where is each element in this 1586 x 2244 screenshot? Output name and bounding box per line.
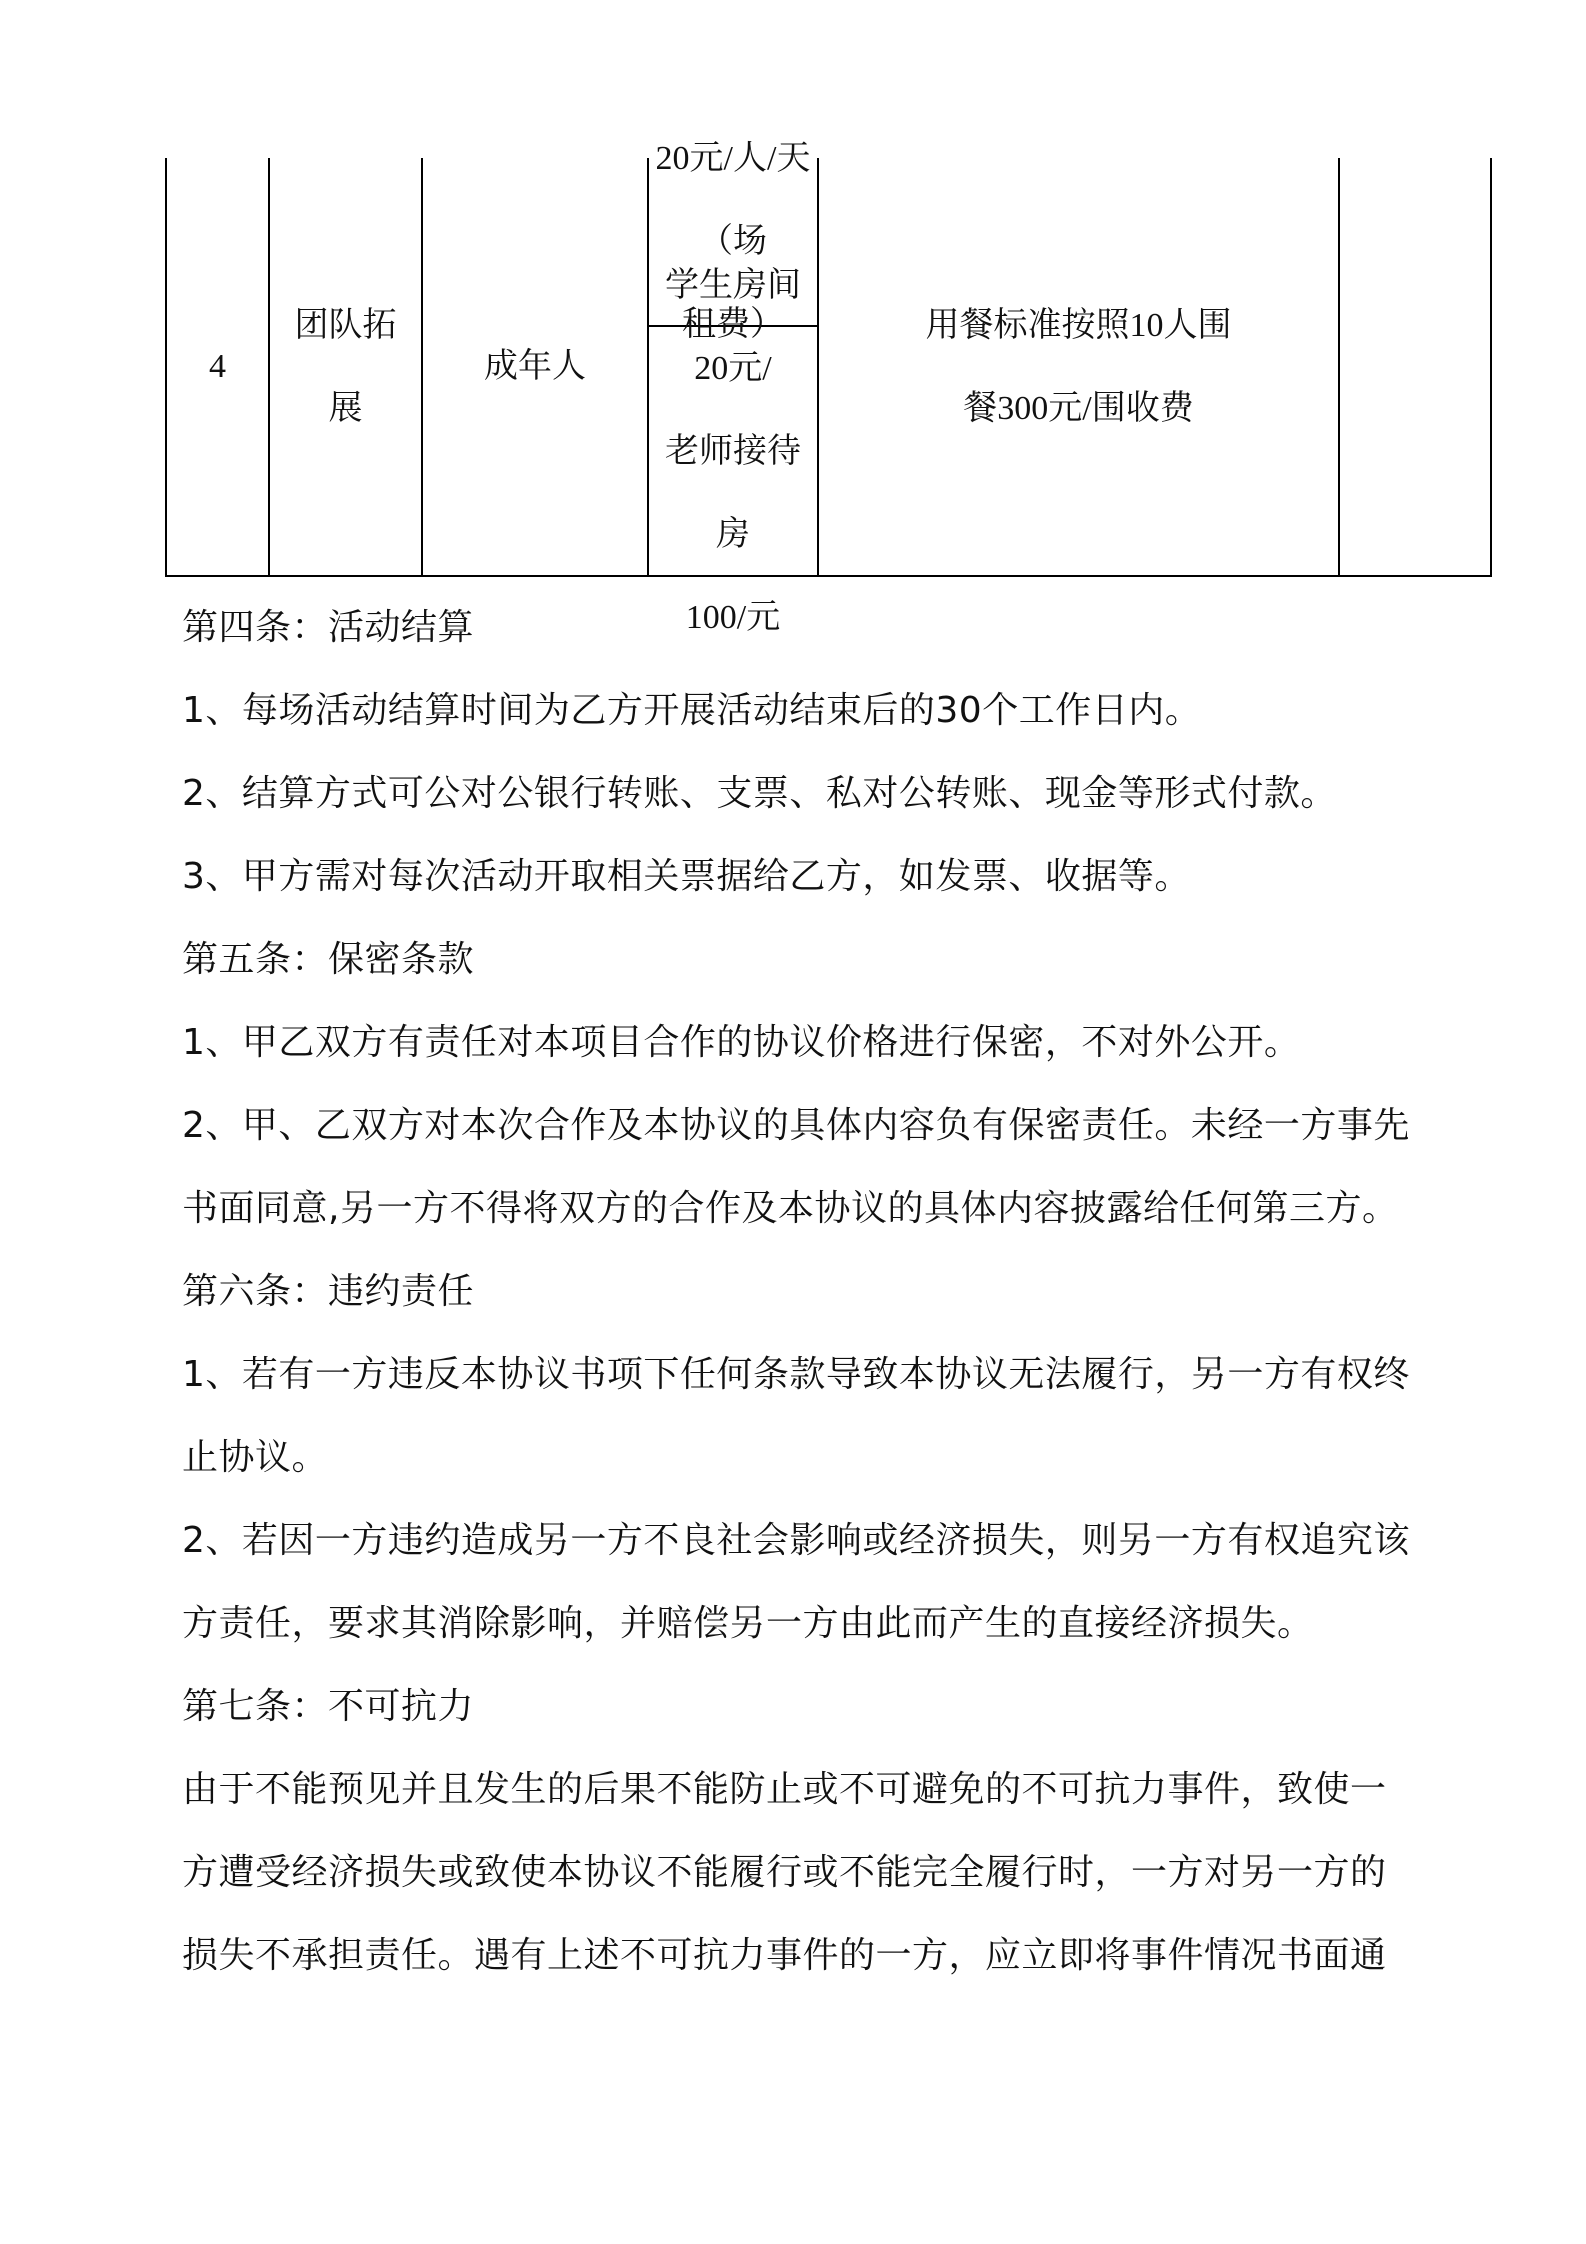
activity-name: 团队拓 展	[295, 284, 397, 450]
clause-line: 方责任，要求其消除影响，并赔偿另一方由此而产生的直接经济损失。	[182, 1582, 1442, 1665]
clause-line: 1、若有一方违反本协议书项下任何条款导致本协议无法履行，另一方有权终	[182, 1333, 1442, 1416]
clause-line: 由于不能预见并且发生的后果不能防止或不可避免的不可抗力事件，致使一	[182, 1748, 1442, 1831]
section-force-majeure: 第七条：不可抗力 由于不能预见并且发生的后果不能防止或不可避免的不可抗力事件，致…	[182, 1665, 1442, 1997]
room-fee-cell: 学生房间20元/ 老师接待房 100/元	[649, 327, 817, 575]
activity-cell: 团队拓 展	[270, 158, 421, 575]
fee-table: 4 团队拓 展 成年人 20元/人/天（场 租费） 学生房间20元/ 老师接待房…	[165, 158, 1492, 577]
clause-line: 2、甲、乙双方对本次合作及本协议的具体内容负有保密责任。未经一方事先	[182, 1084, 1442, 1167]
section-confidentiality: 第五条：保密条款 1、甲乙双方有责任对本项目合作的协议价格进行保密，不对外公开。…	[182, 918, 1442, 1250]
section-settlement: 第四条：活动结算 1、每场活动结算时间为乙方开展活动结束后的30个工作日内。 2…	[182, 586, 1442, 918]
clause-line: 1、甲乙双方有责任对本项目合作的协议价格进行保密，不对外公开。	[182, 1001, 1442, 1084]
meal-standard: 用餐标准按照10人围 餐300元/围收费	[926, 284, 1232, 450]
clause-line: 止协议。	[182, 1416, 1442, 1499]
section-breach-liability: 第六条：违约责任 1、若有一方违反本协议书项下任何条款导致本协议无法履行，另一方…	[182, 1250, 1442, 1665]
contract-body: 第四条：活动结算 1、每场活动结算时间为乙方开展活动结束后的30个工作日内。 2…	[182, 586, 1442, 1997]
remarks-cell	[1340, 158, 1490, 575]
clause-line: 书面同意,另一方不得将双方的合作及本协议的具体内容披露给任何第三方。	[182, 1167, 1442, 1250]
clause-line: 1、每场活动结算时间为乙方开展活动结束后的30个工作日内。	[182, 669, 1442, 752]
table-border-right	[1490, 158, 1492, 577]
row-index: 4	[209, 325, 226, 408]
section-heading: 第七条：不可抗力	[182, 1665, 1442, 1748]
section-heading: 第四条：活动结算	[182, 586, 1442, 669]
section-heading: 第五条：保密条款	[182, 918, 1442, 1001]
audience: 成年人	[484, 325, 586, 408]
table-border-bottom	[165, 575, 1492, 577]
clause-line: 损失不承担责任。遇有上述不可抗力事件的一方，应立即将事件情况书面通	[182, 1914, 1442, 1997]
audience-cell: 成年人	[423, 158, 647, 575]
clause-line: 2、结算方式可公对公银行转账、支票、私对公转账、现金等形式付款。	[182, 752, 1442, 835]
row-index-cell: 4	[167, 158, 268, 575]
section-heading: 第六条：违约责任	[182, 1250, 1442, 1333]
meal-standard-cell: 用餐标准按照10人围 餐300元/围收费	[819, 158, 1338, 575]
clause-line: 方遭受经济损失或致使本协议不能履行或不能完全履行时，一方对另一方的	[182, 1831, 1442, 1914]
clause-line: 2、若因一方违约造成另一方不良社会影响或经济损失，则另一方有权追究该	[182, 1499, 1442, 1582]
clause-line: 3、甲方需对每次活动开取相关票据给乙方，如发票、收据等。	[182, 835, 1442, 918]
